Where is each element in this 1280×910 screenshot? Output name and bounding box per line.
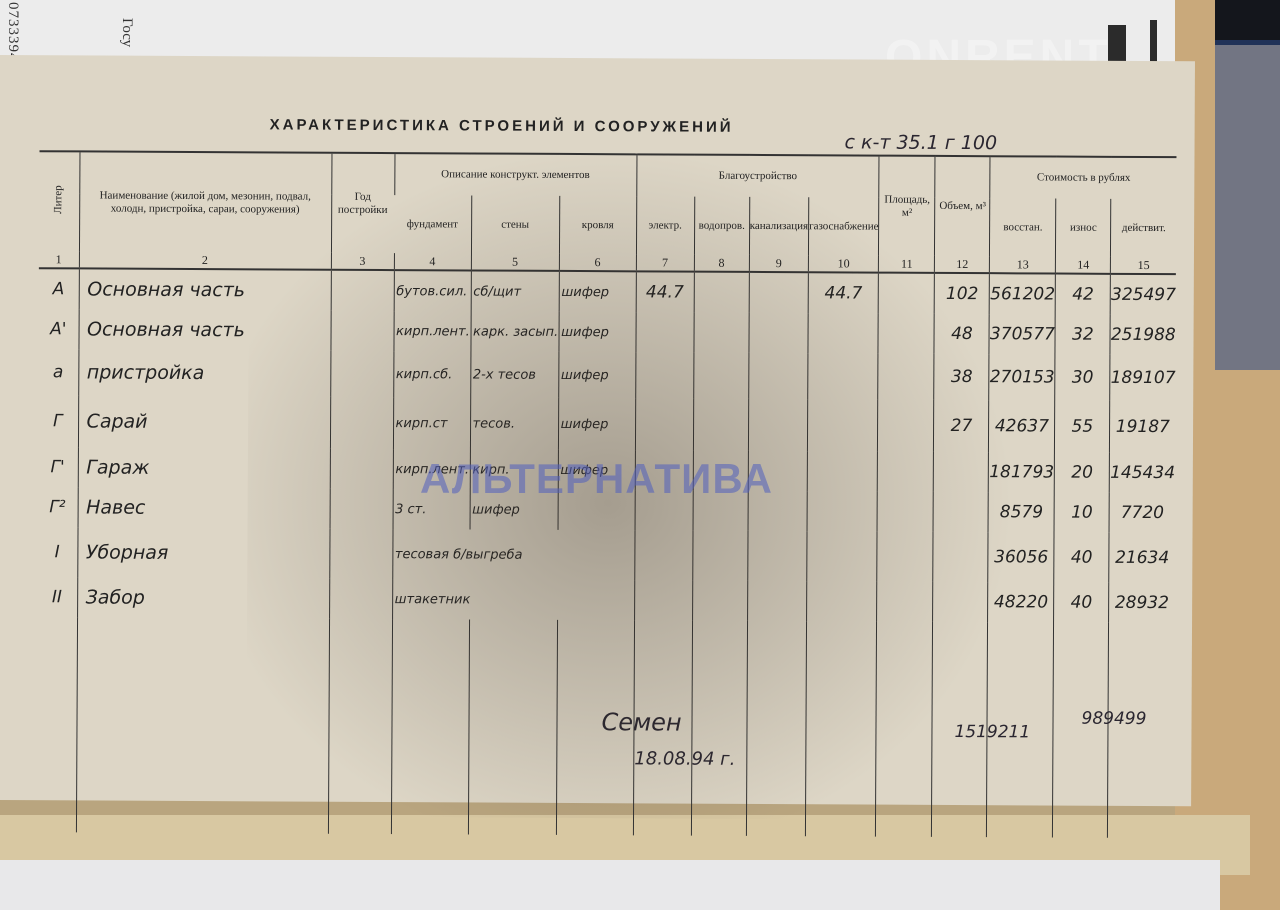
cell-year [330, 311, 393, 351]
cell-liter: I [37, 527, 77, 577]
col-num: 3 [331, 253, 394, 270]
cell-year [329, 579, 392, 619]
cell-sewer [748, 353, 808, 399]
col-num: 5 [471, 253, 559, 270]
col-num: 6 [559, 254, 636, 271]
table-row: I Уборная тесовая б/выгреба 36056 40 216… [37, 527, 1174, 583]
col-num: 8 [694, 255, 749, 272]
cell-wear: 20 [1055, 453, 1110, 493]
signature-date: 18.08.94 г. [634, 748, 735, 770]
cell-liter: Г' [38, 447, 78, 487]
cell-wear: 32 [1055, 315, 1110, 355]
cell-walls: тесов. [470, 397, 558, 449]
cell-volume [933, 582, 988, 622]
header-walls: стены [471, 195, 559, 253]
cell-area [878, 354, 934, 400]
cell-year [329, 529, 392, 579]
cell-actual: 28932 [1109, 583, 1175, 623]
cell-water [692, 581, 747, 621]
cell-name: Основная часть [78, 309, 330, 350]
header-sewer: канализация [749, 197, 809, 255]
cell-restore: 8579 [988, 492, 1054, 532]
underlying-sheet-bottom [0, 860, 1220, 910]
cell-foundation: кирп.сб. [393, 351, 470, 397]
header-name: Наименование (жилой дом, мезонин, подвал… [79, 151, 332, 252]
cell-foundation: штакетник [392, 579, 634, 620]
cell-volume: 102 [935, 273, 990, 314]
cell-liter: Г [38, 395, 78, 447]
cell-area [878, 314, 934, 354]
cell-walls: карк. засып. [470, 311, 558, 351]
cell-water [694, 272, 749, 313]
table-row: а пристройка кирп.сб. 2-х тесов шифер 38… [38, 349, 1175, 401]
cell-restore: 48220 [988, 582, 1054, 622]
cell-gas [808, 353, 879, 399]
title-handwritten-note: с к-т 35.1 г 100 [844, 131, 997, 154]
cell-actual: 145434 [1110, 453, 1176, 493]
cell-sewer [747, 531, 807, 581]
col-num: 15 [1111, 257, 1176, 274]
background-blue [1215, 40, 1280, 370]
cell-roof: шифер [559, 312, 636, 352]
cell-area [877, 492, 933, 532]
cell-gas [807, 581, 878, 621]
cell-wear: 30 [1055, 355, 1110, 401]
cell-electric [636, 312, 694, 352]
cell-liter: А' [38, 309, 78, 349]
table-row: Г Сарай кирп.ст тесов. шифер 27 42637 55… [38, 395, 1175, 453]
header-water: водопров. [694, 197, 749, 255]
cell-wear: 40 [1054, 533, 1109, 583]
col-num: 13 [990, 256, 1056, 273]
header-wear: износ [1056, 199, 1111, 257]
header-actual: действит. [1111, 199, 1177, 257]
cell-sewer [749, 272, 809, 313]
cell-year [330, 351, 393, 397]
cell-gas: 44.7 [808, 272, 879, 313]
cell-actual: 251988 [1110, 315, 1176, 355]
cell-actual: 19187 [1110, 401, 1176, 453]
cell-restore: 36056 [988, 532, 1054, 582]
document-fragment-text: Госу [118, 18, 135, 47]
cell-sewer [748, 399, 808, 451]
col-num: 7 [636, 254, 694, 271]
cell-area [879, 273, 935, 314]
cell-year [330, 489, 393, 529]
cell-water [693, 353, 748, 399]
table-row: А' Основная часть кирп.лент. карк. засып… [38, 309, 1175, 355]
cell-gas [808, 313, 879, 353]
cell-gas [807, 491, 878, 531]
header-foundation: фундамент [394, 195, 471, 253]
cell-foundation: кирп.лент. [393, 311, 470, 351]
cell-actual: 21634 [1109, 533, 1175, 583]
form-page: ХАРАКТЕРИСТИКА СТРОЕНИЙ И СООРУЖЕНИЙ с к… [0, 55, 1195, 806]
cell-name: Основная часть [79, 268, 331, 310]
cell-volume: 48 [934, 314, 989, 354]
cell-volume [933, 532, 988, 582]
alternativa-watermark: АЛЬТЕРНАТИВА [420, 455, 773, 503]
header-roof: кровля [559, 196, 636, 254]
cell-water [692, 531, 747, 581]
header-gas: газоснабжение [808, 197, 879, 255]
cell-liter: II [37, 577, 77, 617]
header-amenities: Благоустройство [636, 154, 879, 197]
cell-gas [807, 531, 878, 581]
cell-sewer [747, 581, 807, 621]
cell-restore: 270153 [989, 354, 1055, 400]
signature: Семен [601, 708, 681, 736]
header-construction: Описание конструкт. элементов [394, 153, 636, 196]
cell-wear: 55 [1055, 401, 1110, 453]
background-dark [1215, 0, 1280, 45]
header-restore: восстан. [990, 198, 1056, 256]
cell-electric [634, 530, 692, 580]
col-num: 2 [79, 251, 331, 269]
cell-foundation: бутов.сил. [394, 270, 471, 311]
cell-restore: 181793 [989, 452, 1055, 492]
cell-name: Навес [78, 487, 330, 528]
cell-gas [807, 451, 878, 491]
cell-electric [635, 352, 693, 398]
cell-name: Уборная [77, 527, 329, 578]
cell-name: Гараж [78, 447, 330, 488]
cell-gas [807, 399, 878, 451]
cell-wear: 10 [1054, 493, 1109, 533]
cell-volume [933, 492, 988, 532]
cell-area [878, 400, 934, 452]
cell-water [693, 399, 748, 451]
document-number: 0733394 [4, 2, 21, 62]
total-actual-cost: 989499 [1081, 709, 1146, 729]
total-restore-cost: 1519211 [954, 722, 1030, 742]
header-area: Площадь, м² [879, 156, 936, 256]
cell-restore: 370577 [989, 314, 1055, 354]
cell-foundation: кирп.ст [393, 397, 470, 449]
cell-actual: 7720 [1109, 493, 1175, 533]
cell-name: пристройка [78, 349, 330, 396]
cell-actual: 325497 [1110, 274, 1176, 315]
cell-area [878, 452, 934, 492]
cell-restore: 561202 [990, 273, 1056, 314]
header-cost: Стоимость в рублях [990, 156, 1177, 199]
cell-electric [634, 580, 692, 620]
col-num: 10 [808, 255, 879, 272]
cell-electric: 44.7 [636, 271, 694, 312]
table-row: II Забор штакетник 48220 40 28932 [37, 577, 1174, 623]
header-volume: Объем, м³ [935, 156, 991, 256]
col-num: 9 [749, 255, 808, 272]
cell-walls: сб/щит [471, 270, 559, 311]
cell-foundation: тесовая б/выгреба [392, 529, 634, 580]
cell-area [877, 582, 933, 622]
col-num: 1 [39, 251, 79, 268]
cell-restore: 42637 [989, 400, 1055, 452]
cell-water [694, 313, 749, 353]
cell-year [330, 449, 393, 489]
cell-name: Забор [77, 577, 329, 618]
table-row: А Основная часть бутов.сил. сб/щит шифер… [39, 268, 1176, 315]
form-title: ХАРАКТЕРИСТИКА СТРОЕНИЙ И СООРУЖЕНИЙ [270, 116, 734, 135]
cell-year [331, 270, 394, 311]
header-liter: Литер [39, 151, 80, 251]
col-num: 12 [935, 256, 990, 273]
cell-roof: шифер [558, 352, 635, 398]
cell-liter: Г² [38, 487, 78, 527]
cell-roof: шифер [558, 398, 635, 450]
header-year: Год постройки [331, 153, 395, 253]
cell-liter: А [39, 268, 79, 309]
header-electric: электр. [636, 196, 694, 254]
cell-volume [934, 452, 989, 492]
cell-electric [635, 398, 693, 450]
cell-year [330, 397, 393, 449]
cell-volume: 27 [934, 400, 989, 452]
col-num: 11 [879, 256, 935, 273]
col-num: 14 [1056, 257, 1111, 274]
cell-area [877, 532, 933, 582]
cell-wear: 40 [1054, 583, 1109, 623]
cell-name: Сарай [78, 395, 330, 448]
cell-walls: 2-х тесов [470, 351, 558, 397]
cell-liter: а [38, 349, 78, 395]
cell-roof: шифер [559, 271, 636, 312]
cell-volume: 38 [934, 354, 989, 400]
cell-actual: 189107 [1110, 355, 1176, 401]
cell-wear: 42 [1055, 274, 1110, 315]
cell-sewer [749, 313, 809, 353]
col-num: 4 [394, 253, 471, 270]
